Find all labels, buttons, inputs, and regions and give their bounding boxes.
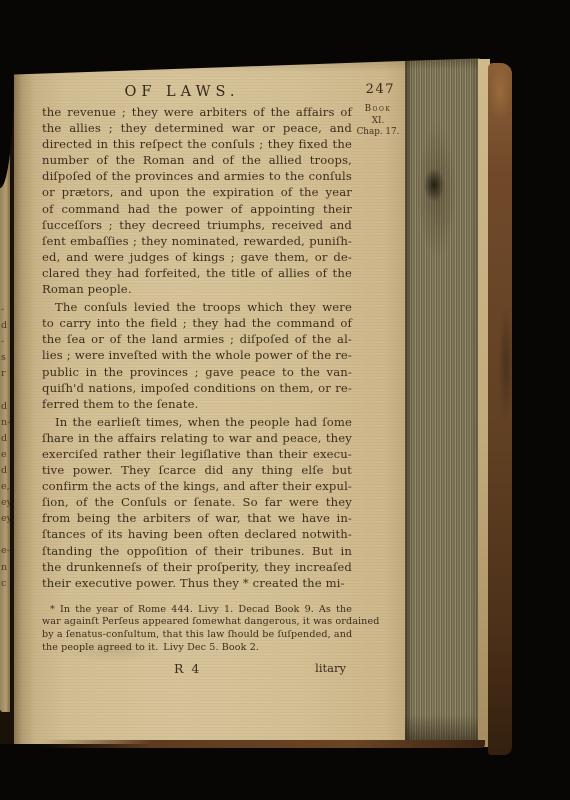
text-fragment: - xyxy=(0,334,10,350)
text-line: ed, and were judges of kings ; gave them… xyxy=(42,249,352,265)
margin-note-number: XI. xyxy=(353,116,403,128)
text-fragment xyxy=(0,382,10,398)
page: OF LAWS. 247 Book XI. Chap. 17. the reve… xyxy=(14,58,405,744)
gathering-signature: R 4 xyxy=(174,661,201,676)
margin-note: Book XI. Chap. 17. xyxy=(353,104,403,139)
footnote-line: the people agreed to it. Livy Dec 5. Boo… xyxy=(42,642,352,655)
page-header: OF LAWS. 247 xyxy=(42,84,352,104)
footnote-line: * In the year of Rome 444. Livy 1. Decad… xyxy=(42,604,352,617)
book: -d-srdn-dede,eyeye-nc OF LAWS. 247 Book … xyxy=(0,56,405,744)
text-fragment: e xyxy=(0,447,10,463)
footnote-line: war againſt Perſeus appeared ſomewhat da… xyxy=(42,616,352,629)
text-line: ſion, of the Conſuls or ſenate. So far w… xyxy=(42,494,352,510)
text-line: the drunkenneſs of their proſperity, the… xyxy=(42,559,352,575)
text-block: the revenue ; they were arbiters of the … xyxy=(42,104,352,591)
text-line: or prætors, and upon the expiration of t… xyxy=(42,184,352,200)
text-fragment xyxy=(0,527,10,543)
text-fragment: ey xyxy=(0,495,10,511)
footnote: * In the year of Rome 444. Livy 1. Decad… xyxy=(42,604,352,654)
text-line: ſtanding the oppoſition of their tribune… xyxy=(42,543,352,559)
catchword: litary xyxy=(315,661,346,675)
text-fragment: r xyxy=(0,366,10,382)
text-line: public in the provinces ; gave peace to … xyxy=(42,364,352,380)
text-line: the ſea or of the land armies ; diſpoſed… xyxy=(42,331,352,347)
text-line: ſhare in the affairs relating to war and… xyxy=(42,430,352,446)
text-line: ferred them to the ſenate. xyxy=(42,396,352,412)
paragraph: The conſuls levied the troops which they… xyxy=(42,299,352,412)
signature-row: R 4 litary xyxy=(42,661,352,679)
footnote-line: by a ſenatus-conſultum, that this law ſh… xyxy=(42,629,352,642)
text-line: In the earlieſt times, when the people h… xyxy=(42,414,352,430)
text-fragment: d xyxy=(0,318,10,334)
text-fragment: c xyxy=(0,576,10,592)
text-line: clared they had forfeited, the title of … xyxy=(42,265,352,281)
text-fragment: - xyxy=(0,302,10,318)
margin-note-chapter: Chap. 17. xyxy=(353,127,403,139)
text-fragment: ey xyxy=(0,511,10,527)
text-fragment: e- xyxy=(0,543,10,559)
facing-page-text-fragments: -d-srdn-dede,eyeye-nc xyxy=(0,152,10,592)
text-line: diſpoſed of the provinces and armies to … xyxy=(42,168,352,184)
text-line: ſent embaſſies ; they nominated, rewarde… xyxy=(42,233,352,249)
text-line: the allies ; they determined war or peac… xyxy=(42,120,352,136)
text-line: of command had the power of appointing t… xyxy=(42,201,352,217)
margin-note-book: Book xyxy=(353,104,403,116)
text-line: The conſuls levied the troops which they… xyxy=(42,299,352,315)
text-fragment: s xyxy=(0,350,10,366)
leather-cover xyxy=(488,63,512,755)
text-line: from being the arbiters of war, that we … xyxy=(42,510,352,526)
running-title: OF LAWS. xyxy=(27,84,337,100)
text-fragment: d xyxy=(0,399,10,415)
text-line: to carry into the field ; they had the c… xyxy=(42,315,352,331)
paragraph: In the earlieſt times, when the people h… xyxy=(42,414,352,591)
fore-edge-pages xyxy=(405,56,481,742)
text-line: the revenue ; they were arbiters of the … xyxy=(42,104,352,120)
text-line: directed in this reſpect the conſuls ; t… xyxy=(42,136,352,152)
text-line: confirm the acts of the kings, and after… xyxy=(42,478,352,494)
text-line: exerciſed rather their legiſlative than … xyxy=(42,446,352,462)
text-line: ſtances of its having been often declare… xyxy=(42,526,352,542)
book-photograph: -d-srdn-dede,eyeye-nc OF LAWS. 247 Book … xyxy=(0,0,570,800)
text-line: tive power. They ſcarce did any thing el… xyxy=(42,462,352,478)
text-fragment: d xyxy=(0,463,10,479)
text-line: their executive power. Thus they * creat… xyxy=(42,575,352,591)
text-fragment: e, xyxy=(0,479,10,495)
text-line: quiſh'd nations, impoſed conditions on t… xyxy=(42,380,352,396)
text-fragment: n xyxy=(0,560,10,576)
paragraph: the revenue ; they were arbiters of the … xyxy=(42,104,352,297)
page-number: 247 xyxy=(366,82,395,97)
text-line: lies ; were inveſted with the whole powe… xyxy=(42,347,352,363)
text-line: Roman people. xyxy=(42,281,352,297)
text-line: number of the Roman and of the allied tr… xyxy=(42,152,352,168)
facing-page-edge: -d-srdn-dede,eyeye-nc xyxy=(0,152,10,712)
text-line: ſucceſſors ; they decreed triumphs, rece… xyxy=(42,217,352,233)
cover-bottom-edge xyxy=(40,740,485,748)
text-fragment: n- xyxy=(0,415,10,431)
text-fragment: d xyxy=(0,431,10,447)
